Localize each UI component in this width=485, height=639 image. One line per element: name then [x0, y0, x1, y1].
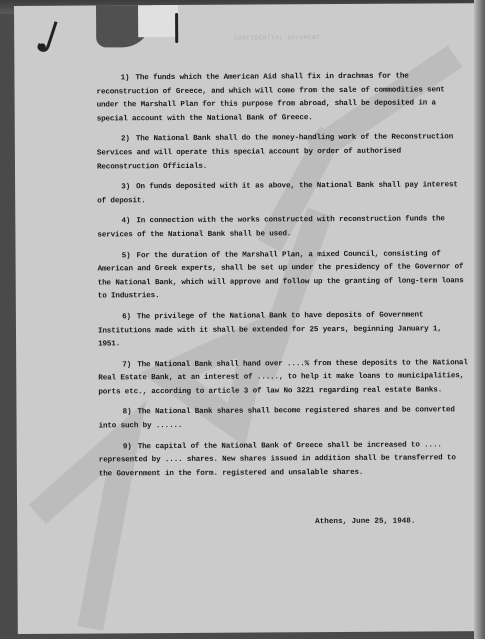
- handwritten-mark-icon: [34, 20, 60, 56]
- paragraph-9: 9)The capital of the National Bank of Gr…: [99, 439, 469, 482]
- paragraph-4: 4)In connection with the works construct…: [97, 214, 467, 243]
- paragraph-number: 4): [97, 216, 130, 230]
- paragraph-number: 3): [97, 181, 130, 195]
- paragraph-text: In connection with the works constructed…: [97, 216, 444, 240]
- paragraph-text: On funds deposited with it as above, the…: [97, 181, 458, 205]
- paragraph-number: 5): [97, 250, 130, 264]
- scan-background-right: [474, 0, 485, 639]
- paragraph-text: For the duration of the Marshall Plan, a…: [98, 250, 464, 301]
- paragraph-5: 5)For the duration of the Marshall Plan,…: [97, 248, 467, 305]
- paragraph-7: 7)The National Bank shall hand over ....…: [98, 357, 468, 400]
- paragraph-text: The National Bank shares shall become re…: [99, 407, 455, 431]
- folder-tab: [138, 5, 178, 37]
- paragraph-number: 1): [96, 72, 129, 86]
- paragraph-1: 1)The funds which the American Aid shall…: [96, 70, 466, 127]
- paragraph-6: 6)The privilege of the National Bank to …: [98, 309, 468, 352]
- paragraph-text: The National Bank shall do the money-han…: [97, 134, 453, 171]
- faint-header-text: CONFIDENTIAL DOCUMENT: [234, 34, 320, 42]
- document-page: CONFIDENTIAL DOCUMENT 1)The funds which …: [14, 3, 478, 634]
- paragraph-text: The National Bank shall hand over ....% …: [98, 359, 467, 396]
- paragraph-number: 2): [97, 134, 130, 148]
- document-body: 1)The funds which the American Aid shall…: [96, 70, 469, 489]
- paragraph-2: 2)The National Bank shall do the money-h…: [97, 132, 467, 175]
- paragraph-text: The capital of the National Bank of Gree…: [99, 441, 456, 478]
- paragraph-number: 6): [98, 311, 131, 325]
- paragraph-number: 8): [98, 407, 131, 421]
- paragraph-text: The privilege of the National Bank to ha…: [98, 311, 442, 348]
- handwritten-stroke-icon: [175, 13, 178, 43]
- paragraph-number: 7): [98, 359, 131, 373]
- paragraph-3: 3)On funds deposited with it as above, t…: [97, 179, 467, 208]
- paragraph-number: 9): [99, 441, 132, 455]
- paragraph-8: 8)The National Bank shares shall become …: [98, 405, 468, 434]
- paragraph-text: The funds which the American Aid shall f…: [97, 73, 445, 124]
- signature-line: Athens, June 25, 1948.: [315, 518, 415, 527]
